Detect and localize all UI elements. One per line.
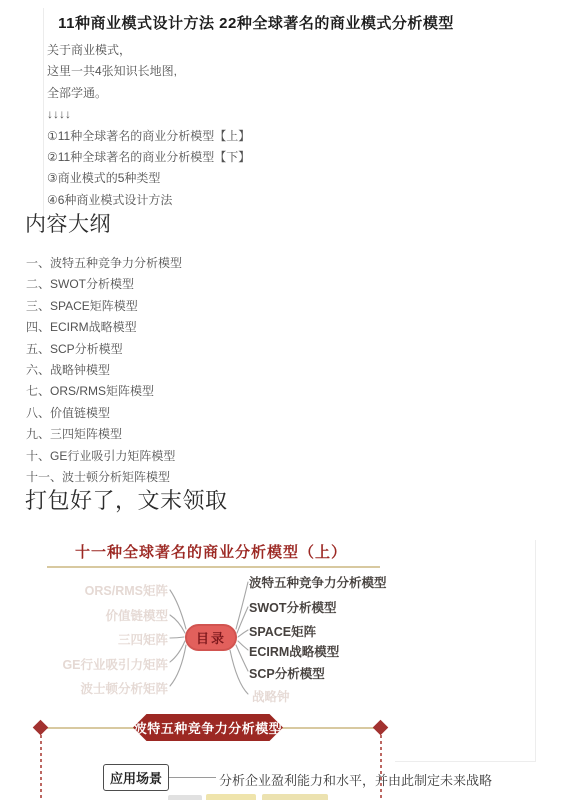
outline-item: 四、ECIRM战略模型 [26,317,182,338]
branch-label-faded: GE行业吸引力矩阵 [40,655,168,673]
intro-line: ③商业模式的5种类型 [47,168,525,189]
branch-label: SWOT分析模型 [249,598,337,616]
intro-line: ②11种全球著名的商业分析模型【下】 [47,147,525,168]
next-section-peek [168,795,202,800]
intro-line: 这里一共4张知识长地图, [47,61,525,82]
card-right-border [535,540,536,762]
branch-label-faded: 波士顿分析矩阵 [40,679,168,697]
quote-left-border [43,8,44,218]
diamond-icon [373,720,389,736]
intro-line: ①11种全球著名的商业分析模型【上】 [47,126,525,147]
next-section-peek [206,794,256,800]
intro-line: 关于商业模式， [47,40,525,61]
intro-line: ④6种商业模式设计方法 [47,190,525,211]
pack-heading: 打包好了，文末领取 [25,484,228,515]
card-bottom-border [395,761,536,762]
mindmap-center-node: 目录 [185,624,237,651]
outline-item: 二、SWOT分析模型 [26,274,182,295]
scenario-text: 分析企业盈利能力和水平，并由此制定未来战略 [219,770,492,789]
section-banner: 波特五种竞争力分析模型 [133,714,283,741]
scenario-label-box: 应用场景 [103,764,169,791]
outline-item: 八、价值链模型 [26,403,182,424]
article-page: 11种商业模式设计方法 22种全球著名的商业模式分析模型 关于商业模式， 这里一… [0,0,565,800]
scenario-connector-line [169,777,216,778]
branch-label-faded: ORS/RMS矩阵 [40,581,168,599]
diamond-icon [33,720,49,736]
outline-item: 三、SPACE矩阵模型 [26,296,182,317]
branch-label: ECIRM战略模型 [249,642,339,660]
outline-heading: 内容大纲 [25,208,111,238]
outline-item: 六、战略钟模型 [26,360,182,381]
outline-item: 九、三四矩阵模型 [26,424,182,445]
outline-item: 五、SCP分析模型 [26,339,182,360]
branch-label-faded: 三四矩阵 [40,630,168,648]
page-title: 11种商业模式设计方法 22种全球著名的商业模式分析模型 [0,12,512,33]
intro-block: 关于商业模式， 这里一共4张知识长地图, 全部学通。 ↓↓↓↓ ①11种全球著名… [47,40,525,211]
branch-label-faded: 价值链模型 [40,606,168,624]
outline-item: 一、波特五种竞争力分析模型 [26,253,182,274]
branch-label: SPACE矩阵 [249,622,316,640]
dashed-guide-right [380,735,382,800]
outline-item: 十、GE行业吸引力矩阵模型 [26,446,182,467]
outline-item: 七、ORS/RMS矩阵模型 [26,381,182,402]
intro-line: 全部学通。 [47,83,525,104]
next-section-peek [262,794,328,800]
branch-label: SCP分析模型 [249,664,325,682]
outline-list: 一、波特五种竞争力分析模型 二、SWOT分析模型 三、SPACE矩阵模型 四、E… [26,253,182,488]
branch-label-faded: 战略钟 [252,687,290,705]
dashed-guide-left [40,735,42,800]
intro-line-arrows: ↓↓↓↓ [47,104,525,125]
infographic-title: 十一种全球著名的商业分析模型（上） [41,541,381,562]
branch-label: 波特五种竞争力分析模型 [249,573,387,591]
